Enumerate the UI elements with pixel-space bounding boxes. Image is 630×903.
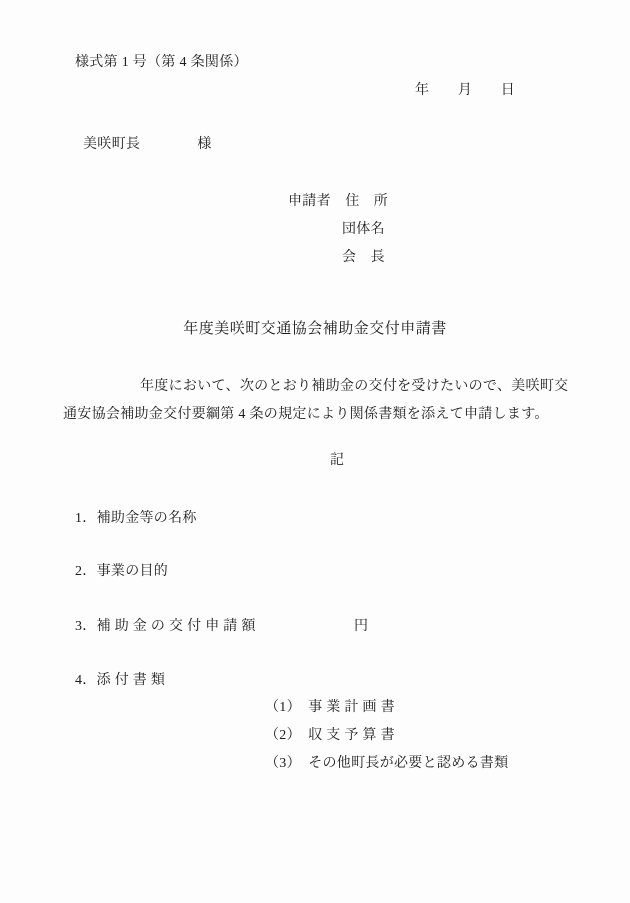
list-item-subsidy-name: 1．補助金等の名称 [75,510,197,527]
list-item-project-purpose: 2．事業の目的 [75,563,168,580]
addressee-line: 美咲町長 様 [83,136,212,153]
list-item-application-amount: 3．補 助 金 の 交 付 申 請 額 [75,618,256,635]
ki-marker: 記 [330,452,344,469]
attachment-item-business-plan: （1） 事 業 計 画 書 [265,699,395,716]
form-number: 様式第 1 号（第 4 条関係） [75,54,248,71]
attachment-item-budget: （2） 収 支 予 算 書 [265,727,395,744]
attachment-item-other-documents: （3） その他町長が必要と認める書類 [265,755,508,772]
applicant-organization-line: 団体名 [342,221,385,238]
yen-unit-label: 円 [354,618,368,635]
body-paragraph-line-1: 年度において、次のとおり補助金の交付を受けたいので、美咲町交 [140,378,568,395]
applicant-address-line: 申請者 住 所 [288,193,388,210]
list-item-attached-documents: 4．添 付 書 類 [75,672,165,689]
date-line: 年 月 日 [415,82,515,99]
document-title: 年度美咲町交通協会補助金交付申請書 [0,321,630,338]
body-paragraph-line-2: 通安協会補助金交付要綱第 4 条の規定により関係書類を添えて申請します。 [63,406,549,423]
applicant-chairman-line: 会 長 [342,249,385,266]
application-form-page: 様式第 1 号（第 4 条関係） 年 月 日 美咲町長 様 申請者 住 所 団体… [0,0,630,903]
